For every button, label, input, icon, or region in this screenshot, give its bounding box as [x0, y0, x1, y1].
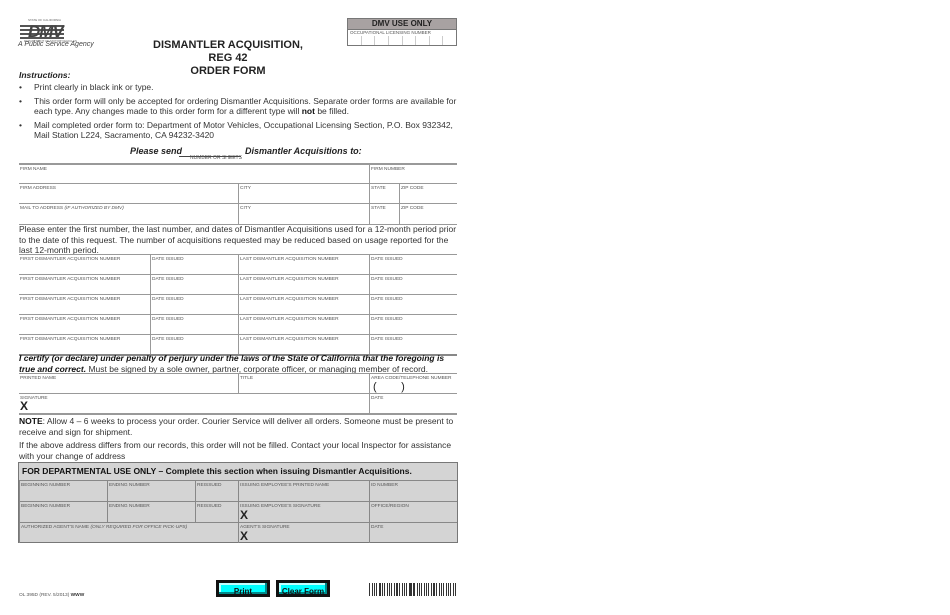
- barcode-icon: [369, 583, 457, 596]
- title-field[interactable]: TITLE: [238, 374, 370, 393]
- firm-number-field[interactable]: FIRM NUMBER: [369, 165, 457, 183]
- mail-to-zip-field[interactable]: ZIP CODE: [399, 204, 457, 224]
- usage-instructions: Please enter the first number, the last …: [19, 224, 457, 256]
- instructions-heading: Instructions:: [19, 70, 70, 80]
- print-button[interactable]: Print: [216, 580, 270, 597]
- last-acquisition-number-field[interactable]: LAST DISMANTLER ACQUISITION NUMBER: [238, 335, 370, 354]
- certification-date-field[interactable]: DATE: [369, 394, 457, 413]
- ending-number-field-1[interactable]: ENDING NUMBER: [107, 481, 196, 501]
- dmv-use-only-box: DMV USE ONLY OCCUPATIONAL LICENSING NUMB…: [347, 18, 457, 46]
- last-date-issued-field[interactable]: DATE ISSUED: [369, 295, 458, 314]
- office-region-field[interactable]: OFFICE/REGION: [369, 502, 457, 522]
- please-send-label: Please send: [130, 146, 182, 156]
- form-title: DISMANTLER ACQUISITION, REG 42 ORDER FOR…: [140, 39, 316, 78]
- first-date-issued-field[interactable]: DATE ISSUED: [150, 295, 239, 314]
- first-date-issued-field[interactable]: DATE ISSUED: [150, 275, 239, 294]
- dept-row-3: AUTHORIZED AGENT'S NAME (ONLY REQUIRED F…: [19, 523, 457, 543]
- first-acquisition-number-field[interactable]: FIRST DISMANTLER ACQUISITION NUMBER: [19, 275, 150, 294]
- first-date-issued-field[interactable]: DATE ISSUED: [150, 315, 239, 334]
- firm-info-grid: FIRM NAME FIRM NUMBER FIRM ADDRESS CITY …: [19, 163, 457, 225]
- beginning-number-field-1[interactable]: BEGINNING NUMBER: [19, 481, 108, 501]
- first-acquisition-number-field[interactable]: FIRST DISMANTLER ACQUISITION NUMBER: [19, 295, 150, 314]
- last-date-issued-field[interactable]: DATE ISSUED: [369, 275, 458, 294]
- last-acquisition-number-field[interactable]: LAST DISMANTLER ACQUISITION NUMBER: [238, 315, 370, 334]
- mail-to-state-field[interactable]: STATE: [369, 204, 400, 224]
- clear-form-button[interactable]: Clear Form: [276, 580, 330, 597]
- firm-row-3: MAIL TO ADDRESS (IF AUTHORIZED BY DMV) C…: [19, 204, 457, 225]
- id-number-field[interactable]: ID NUMBER: [369, 481, 457, 501]
- agency-tagline: A Public Service Agency: [18, 41, 94, 48]
- last-date-issued-field[interactable]: DATE ISSUED: [369, 315, 458, 334]
- employee-printed-name-field[interactable]: ISSUING EMPLOYEE'S PRINTED NAME: [238, 481, 370, 501]
- form-number: OL 395D (REV. 5/2013) WWW: [19, 593, 84, 598]
- usage-grid: FIRST DISMANTLER ACQUISITION NUMBERDATE …: [19, 254, 457, 356]
- instruction-item: • Mail completed order form to: Departme…: [19, 120, 457, 141]
- first-acquisition-number-field[interactable]: FIRST DISMANTLER ACQUISITION NUMBER: [19, 255, 150, 274]
- usage-row: FIRST DISMANTLER ACQUISITION NUMBERDATE …: [19, 255, 457, 275]
- usage-row: FIRST DISMANTLER ACQUISITION NUMBERDATE …: [19, 295, 457, 315]
- dmv-use-only-heading: DMV USE ONLY: [348, 19, 456, 30]
- first-acquisition-number-field[interactable]: FIRST DISMANTLER ACQUISITION NUMBER: [19, 335, 150, 354]
- occupational-licensing-number-cells: [348, 36, 456, 45]
- last-date-issued-field[interactable]: DATE ISSUED: [369, 255, 458, 274]
- signature-row-2: SIGNATURE X DATE: [19, 394, 457, 415]
- signature-row-1: PRINTED NAME TITLE AREA CODE/TELEPHONE N…: [19, 374, 457, 394]
- instructions-list: • Print clearly in black ink or type. • …: [19, 82, 457, 144]
- firm-state-field[interactable]: STATE: [369, 184, 400, 203]
- firm-city-field[interactable]: CITY: [238, 184, 370, 203]
- form-title-line1: DISMANTLER ACQUISITION, REG 42: [140, 39, 316, 65]
- firm-address-field[interactable]: FIRM ADDRESS: [19, 184, 238, 203]
- dept-row-2: BEGINNING NUMBER ENDING NUMBER REISSUED …: [19, 502, 457, 523]
- quantity-sublabel: NUMBER OR SHEETS: [190, 155, 242, 161]
- address-warning: If the above address differs from our re…: [19, 440, 457, 461]
- instruction-item: • Print clearly in black ink or type.: [19, 82, 457, 93]
- signature-grid: PRINTED NAME TITLE AREA CODE/TELEPHONE N…: [19, 373, 457, 415]
- firm-row-1: FIRM NAME FIRM NUMBER: [19, 165, 457, 184]
- signature-x-mark: X: [20, 399, 28, 413]
- beginning-number-field-2[interactable]: BEGINNING NUMBER: [19, 502, 108, 522]
- departmental-heading: FOR DEPARTMENTAL USE ONLY – Complete thi…: [19, 463, 457, 481]
- first-date-issued-field[interactable]: DATE ISSUED: [150, 335, 239, 354]
- signature-field[interactable]: SIGNATURE X: [19, 394, 369, 413]
- first-acquisition-number-field[interactable]: FIRST DISMANTLER ACQUISITION NUMBER: [19, 315, 150, 334]
- bullet-icon: •: [19, 120, 22, 131]
- firm-row-2: FIRM ADDRESS CITY STATE ZIP CODE: [19, 184, 457, 204]
- dept-date-field[interactable]: DATE: [369, 523, 457, 543]
- bullet-icon: •: [19, 96, 22, 107]
- last-date-issued-field[interactable]: DATE ISSUED: [369, 335, 458, 354]
- bullet-icon: •: [19, 82, 22, 93]
- last-acquisition-number-field[interactable]: LAST DISMANTLER ACQUISITION NUMBER: [238, 255, 370, 274]
- instruction-item: • This order form will only be accepted …: [19, 96, 457, 117]
- certification-statement: I certify (or declare) under penalty of …: [19, 353, 457, 374]
- ending-number-field-2[interactable]: ENDING NUMBER: [107, 502, 196, 522]
- mail-to-city-field[interactable]: CITY: [238, 204, 370, 224]
- reissued-field-1[interactable]: REISSUED: [195, 481, 239, 501]
- agent-name-field[interactable]: AUTHORIZED AGENT'S NAME (ONLY REQUIRED F…: [19, 523, 239, 543]
- employee-signature-x-mark: X: [240, 508, 248, 522]
- firm-zip-field[interactable]: ZIP CODE: [399, 184, 457, 203]
- usage-row: FIRST DISMANTLER ACQUISITION NUMBERDATE …: [19, 275, 457, 295]
- dismantler-acquisitions-to-label: Dismantler Acquisitions to:: [245, 146, 362, 156]
- telephone-field[interactable]: AREA CODE/TELEPHONE NUMBER ( ): [369, 374, 457, 393]
- usage-row: FIRST DISMANTLER ACQUISITION NUMBERDATE …: [19, 315, 457, 335]
- last-acquisition-number-field[interactable]: LAST DISMANTLER ACQUISITION NUMBER: [238, 295, 370, 314]
- reissued-field-2[interactable]: REISSUED: [195, 502, 239, 522]
- form-title-line2: ORDER FORM: [140, 65, 316, 78]
- area-code-parens: ( ): [373, 381, 405, 393]
- last-acquisition-number-field[interactable]: LAST DISMANTLER ACQUISITION NUMBER: [238, 275, 370, 294]
- firm-name-field[interactable]: FIRM NAME: [19, 165, 369, 183]
- departmental-use-section: FOR DEPARTMENTAL USE ONLY – Complete thi…: [18, 462, 458, 543]
- first-date-issued-field[interactable]: DATE ISSUED: [150, 255, 239, 274]
- dept-row-1: BEGINNING NUMBER ENDING NUMBER REISSUED …: [19, 481, 457, 502]
- agent-signature-x-mark: X: [240, 529, 248, 543]
- printed-name-field[interactable]: PRINTED NAME: [19, 374, 238, 393]
- note-text: NOTE: Allow 4 – 6 weeks to process your …: [19, 416, 457, 437]
- mail-to-address-field[interactable]: MAIL TO ADDRESS (IF AUTHORIZED BY DMV): [19, 204, 238, 224]
- agent-signature-field[interactable]: AGENT'S SIGNATURE X: [238, 523, 370, 543]
- employee-signature-field[interactable]: ISSUING EMPLOYEE'S SIGNATURE X: [238, 502, 370, 522]
